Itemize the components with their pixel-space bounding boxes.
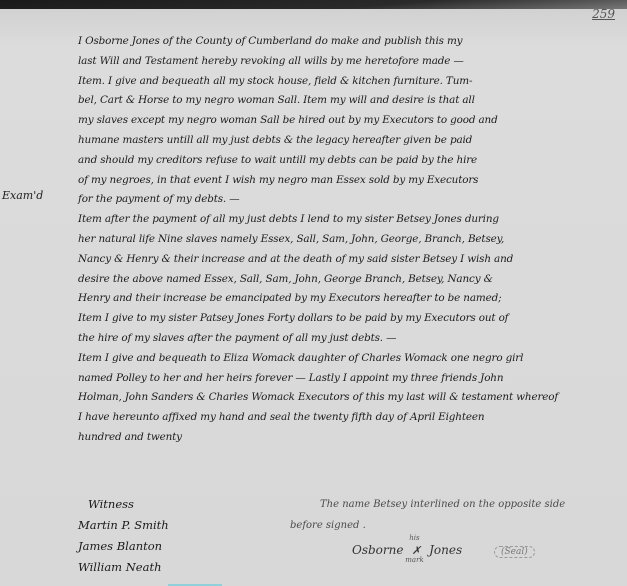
signature-last-name: Jones	[429, 543, 462, 557]
text-line: bel, Cart & Horse to my negro woman Sall…	[78, 91, 626, 111]
text-line: I have hereunto affixed my hand and seal…	[78, 408, 626, 428]
text-line: Henry and their increase be emancipated …	[78, 289, 626, 309]
seal-icon: (Seal)	[494, 546, 535, 558]
witness-name: James Blanton	[78, 536, 169, 557]
interlineation-note: The name Betsey interlined on the opposi…	[290, 494, 565, 536]
note-line: before signed .	[290, 515, 565, 536]
manuscript-page: 259 Exam'd I Osborne Jones of the County…	[0, 0, 627, 586]
text-line: humane masters untill all my just debts …	[78, 131, 626, 151]
text-line: Item after the payment of all my just de…	[78, 210, 626, 230]
text-line: last Will and Testament hereby revoking …	[78, 52, 626, 72]
text-line: Nancy & Henry & their increase and at th…	[78, 250, 626, 270]
text-line: and should my creditors refuse to wait u…	[78, 151, 626, 171]
page-number: 259	[592, 7, 615, 21]
mark-x-icon: his ✗ mark	[407, 544, 425, 557]
mark-label-mark: mark	[405, 556, 423, 564]
text-line: Holman, John Sanders & Charles Womack Ex…	[78, 388, 626, 408]
page-top-edge	[0, 0, 627, 9]
witness-block: Witness Martin P. Smith James Blanton Wi…	[78, 494, 169, 578]
text-line: I Osborne Jones of the County of Cumberl…	[78, 32, 626, 52]
witness-name: Martin P. Smith	[78, 515, 169, 536]
text-line: Item I give and bequeath to Eliza Womack…	[78, 349, 626, 369]
signature-first-name: Osborne	[352, 543, 403, 557]
note-line: The name Betsey interlined on the opposi…	[290, 494, 565, 515]
text-line: my slaves except my negro woman Sall be …	[78, 111, 626, 131]
text-line: hundred and twenty	[78, 428, 626, 448]
mark-label-his: his	[409, 534, 419, 542]
witness-title: Witness	[78, 494, 169, 515]
text-line: Item. I give and bequeath all my stock h…	[78, 72, 626, 92]
text-line: for the payment of my debts. —	[78, 190, 626, 210]
witness-name: William Neath	[78, 557, 169, 578]
text-line: her natural life Nine slaves namely Esse…	[78, 230, 626, 250]
text-line: the hire of my slaves after the payment …	[78, 329, 626, 349]
will-body-text: I Osborne Jones of the County of Cumberl…	[78, 32, 626, 448]
text-line: desire the above named Essex, Sall, Sam,…	[78, 270, 626, 290]
testator-signature: Osborne his ✗ mark Jones (Seal)	[352, 543, 535, 558]
text-line: of my negroes, in that event I wish my n…	[78, 171, 626, 191]
margin-note: Exam'd	[2, 189, 43, 202]
text-line: named Polley to her and her heirs foreve…	[78, 369, 626, 389]
text-line: Item I give to my sister Patsey Jones Fo…	[78, 309, 626, 329]
